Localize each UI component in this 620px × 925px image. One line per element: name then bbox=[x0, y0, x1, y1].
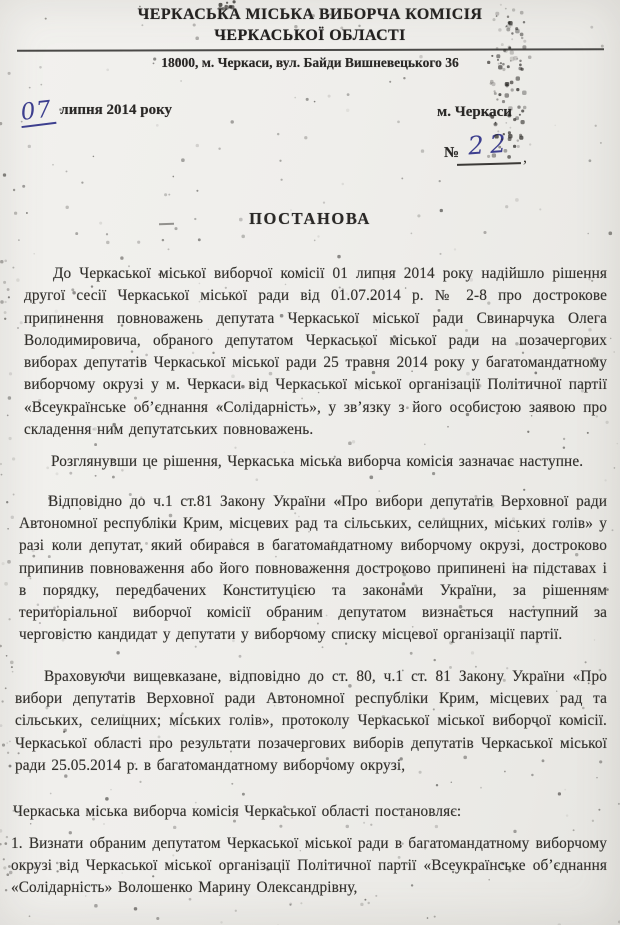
handwritten-number: 22 bbox=[467, 131, 512, 159]
doc-title: ПОСТАНОВА bbox=[0, 209, 620, 229]
number-comma: , bbox=[523, 149, 527, 167]
paragraph-consideration: Розглянувши це рішення, Черкаська міська… bbox=[22, 451, 607, 473]
scanned-document-page: ЧЕРКАСЬКА МІСЬКА ВИБОРЧА КОМІСІЯ ЧЕРКАСЬ… bbox=[0, 0, 620, 925]
number-sign: № bbox=[444, 145, 459, 162]
paragraph-resolves: Черкаська міська виборча комісія Черкась… bbox=[13, 801, 607, 823]
scan-noise bbox=[0, 0, 1, 1]
handwritten-day: 07 bbox=[19, 98, 57, 128]
date-text: липня 2014 року bbox=[60, 102, 172, 118]
org-name-line2: ЧЕРКАСЬКОЇ ОБЛАСТІ bbox=[0, 25, 620, 46]
document-number: № 22 , bbox=[444, 140, 544, 174]
number-underline bbox=[457, 162, 521, 166]
doc-body: До Черкаської міської виборчої комісії 0… bbox=[0, 263, 620, 899]
paragraph-incoming-decision: До Черкаської міської виборчої комісії 0… bbox=[24, 263, 607, 441]
letterhead: ЧЕРКАСЬКА МІСЬКА ВИБОРЧА КОМІСІЯ ЧЕРКАСЬ… bbox=[0, 4, 620, 71]
resolution-item-1: 1. Визнати обраним депутатом Черкаської … bbox=[11, 833, 607, 900]
letterhead-divider bbox=[17, 48, 604, 52]
paragraph-taking-into-account: Враховуючи вищевказане, відповідно до ст… bbox=[15, 666, 607, 777]
place-label: м. Черкаси bbox=[437, 104, 512, 121]
org-name-line1: ЧЕРКАСЬКА МІСЬКА ВИБОРЧА КОМІСІЯ bbox=[0, 4, 620, 25]
paragraph-law-reference: Відповідно до ч.1 ст.81 Закону України «… bbox=[19, 491, 607, 647]
letterhead-address: 18000, м. Черкаси, вул. Байди Вишневецьк… bbox=[0, 55, 620, 71]
date-line: 07липня 2014 року bbox=[20, 100, 172, 126]
